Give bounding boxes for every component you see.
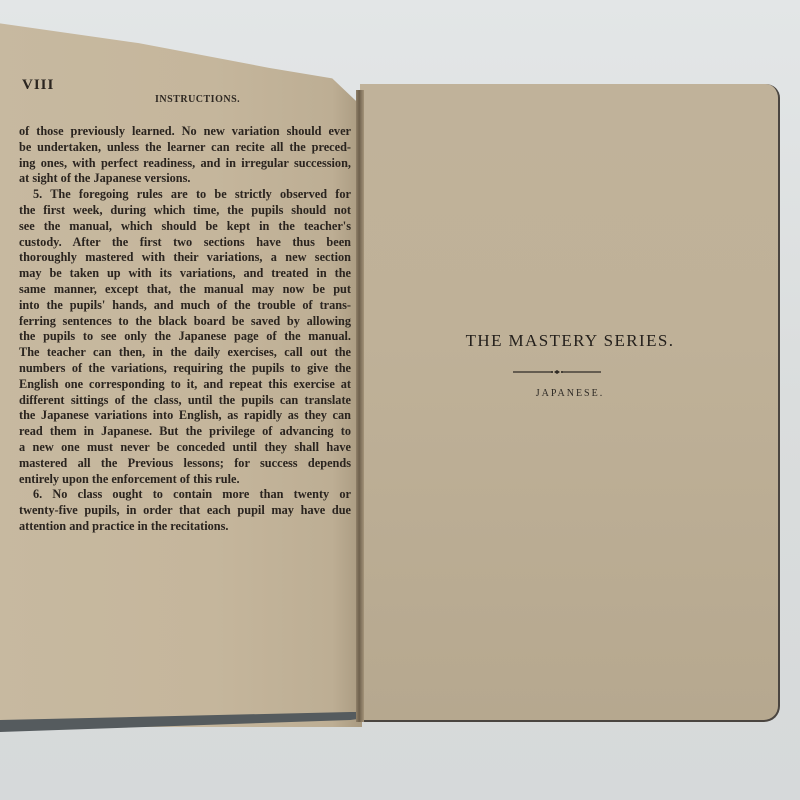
page-number: VIII xyxy=(22,77,54,94)
text-line: the first week, during which time, the p… xyxy=(19,203,351,219)
text-line: thoroughly mastered with their variation… xyxy=(19,250,351,266)
text-line: same manner, except that, the manual may… xyxy=(19,282,351,298)
text-line: twenty-five pupils, in order that each p… xyxy=(19,503,351,519)
text-line: custody. After the first two sections ha… xyxy=(19,235,351,251)
text-line: the Japanese variations into English, as… xyxy=(19,408,351,424)
text-line: be undertaken, unless the learner can re… xyxy=(19,140,351,156)
text-line: The teacher can then, in the daily exerc… xyxy=(19,345,351,361)
language-subtitle: JAPANESE. xyxy=(360,388,780,399)
text-line: English one corresponding to it, and rep… xyxy=(19,377,351,393)
text-line: mastered all the Previous lessons; for s… xyxy=(19,456,351,472)
text-line: see the manual, which should be kept in … xyxy=(19,219,351,235)
text-line: entirely upon the enforcement of this ru… xyxy=(19,472,351,488)
ornamental-rule-icon xyxy=(513,370,601,374)
text-line: at sight of the Japanese versions. xyxy=(19,171,351,187)
text-line: different sittings of the class, until t… xyxy=(19,393,351,409)
book-gutter xyxy=(356,90,364,722)
text-line: attention and practice in the recitation… xyxy=(19,519,351,535)
text-line-rule-6: 6. No class ought to contain more than t… xyxy=(19,487,351,503)
series-title: THE MASTERY SERIES. xyxy=(360,331,780,351)
text-line: a new one must never be conceded until t… xyxy=(19,440,351,456)
text-line: read them in Japanese. But the privilege… xyxy=(19,424,351,440)
text-line: into the pupils' hands, and much of the … xyxy=(19,298,351,314)
text-line: numbers of the variations, requiring the… xyxy=(19,361,351,377)
text-line: may be taken up with its variations, and… xyxy=(19,266,351,282)
right-page xyxy=(360,84,780,722)
text-line: of those previously learned. No new vari… xyxy=(19,124,351,140)
text-line: ferring sentences to the black board be … xyxy=(19,314,351,330)
text-line: the pupils to see only the Japanese page… xyxy=(19,329,351,345)
running-head: INSTRUCTIONS. xyxy=(155,94,240,105)
text-line-rule-5: 5. The foregoing rules are to be strictl… xyxy=(19,187,351,203)
text-line: ing ones, with perfect readiness, and in… xyxy=(19,156,351,172)
instructions-body: of those previously learned. No new vari… xyxy=(19,124,351,535)
